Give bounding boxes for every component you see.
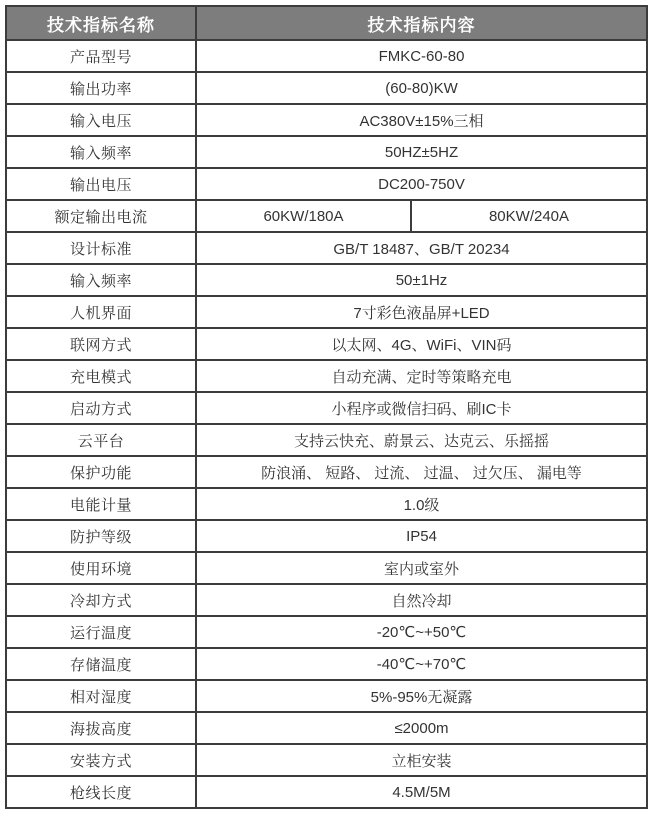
spec-value: IP54 (196, 520, 647, 552)
spec-label: 枪线长度 (6, 776, 196, 808)
spec-label: 充电模式 (6, 360, 196, 392)
spec-value: 小程序或微信扫码、刷IC卡 (196, 392, 647, 424)
spec-sheet: 技术指标名称 技术指标内容 产品型号FMKC-60-80输出功率(60-80)K… (0, 0, 650, 813)
spec-value: 支持云快充、蔚景云、达克云、乐摇摇 (196, 424, 647, 456)
spec-value-split: 80KW/240A (411, 200, 647, 232)
spec-value: 防浪涌、 短路、 过流、 过温、 过欠压、 漏电等 (196, 456, 647, 488)
page: { "colors": { "header_bg": "#7d7d7d", "h… (0, 0, 650, 819)
spec-label: 输入频率 (6, 136, 196, 168)
header-row: 技术指标名称 技术指标内容 (6, 6, 647, 40)
spec-label: 冷却方式 (6, 584, 196, 616)
spec-value: DC200-750V (196, 168, 647, 200)
spec-label: 安装方式 (6, 744, 196, 776)
spec-label: 输出功率 (6, 72, 196, 104)
spec-value: -20℃~+50℃ (196, 616, 647, 648)
table-row: 输入频率50HZ±5HZ (6, 136, 647, 168)
spec-table-body: 产品型号FMKC-60-80输出功率(60-80)KW输入电压AC380V±15… (6, 40, 647, 808)
spec-value: 1.0级 (196, 488, 647, 520)
spec-label: 运行温度 (6, 616, 196, 648)
table-row: 充电模式自动充满、定时等策略充电 (6, 360, 647, 392)
table-row: 产品型号FMKC-60-80 (6, 40, 647, 72)
header-content-col: 技术指标内容 (196, 6, 647, 40)
spec-table-header: 技术指标名称 技术指标内容 (6, 6, 647, 40)
spec-value: AC380V±15%三相 (196, 104, 647, 136)
spec-label: 联网方式 (6, 328, 196, 360)
spec-label: 输入电压 (6, 104, 196, 136)
table-row: 联网方式以太网、4G、WiFi、VIN码 (6, 328, 647, 360)
spec-value: ≤2000m (196, 712, 647, 744)
table-row: 云平台支持云快充、蔚景云、达克云、乐摇摇 (6, 424, 647, 456)
table-row: 相对湿度5%-95%无凝露 (6, 680, 647, 712)
table-row: 存储温度-40℃~+70℃ (6, 648, 647, 680)
table-row: 保护功能防浪涌、 短路、 过流、 过温、 过欠压、 漏电等 (6, 456, 647, 488)
spec-value: 5%-95%无凝露 (196, 680, 647, 712)
table-row: 冷却方式自然冷却 (6, 584, 647, 616)
spec-label: 人机界面 (6, 296, 196, 328)
spec-label: 防护等级 (6, 520, 196, 552)
table-row: 海拔高度≤2000m (6, 712, 647, 744)
spec-value: 自动充满、定时等策略充电 (196, 360, 647, 392)
table-row: 安装方式立柜安装 (6, 744, 647, 776)
table-row: 输入频率50±1Hz (6, 264, 647, 296)
spec-label: 额定输出电流 (6, 200, 196, 232)
spec-label: 保护功能 (6, 456, 196, 488)
table-row: 设计标准GB/T 18487、GB/T 20234 (6, 232, 647, 264)
spec-value: 50±1Hz (196, 264, 647, 296)
spec-label: 使用环境 (6, 552, 196, 584)
spec-label: 电能计量 (6, 488, 196, 520)
spec-value: 50HZ±5HZ (196, 136, 647, 168)
table-row: 输入电压AC380V±15%三相 (6, 104, 647, 136)
spec-value: -40℃~+70℃ (196, 648, 647, 680)
table-row: 电能计量1.0级 (6, 488, 647, 520)
table-row: 枪线长度4.5M/5M (6, 776, 647, 808)
spec-label: 海拔高度 (6, 712, 196, 744)
spec-table: 技术指标名称 技术指标内容 产品型号FMKC-60-80输出功率(60-80)K… (5, 5, 648, 809)
spec-value: 以太网、4G、WiFi、VIN码 (196, 328, 647, 360)
spec-value: 7寸彩色液晶屏+LED (196, 296, 647, 328)
spec-value: 室内或室外 (196, 552, 647, 584)
spec-label: 输入频率 (6, 264, 196, 296)
spec-label: 产品型号 (6, 40, 196, 72)
spec-value: (60-80)KW (196, 72, 647, 104)
table-row: 使用环境室内或室外 (6, 552, 647, 584)
header-name-col: 技术指标名称 (6, 6, 196, 40)
spec-value: GB/T 18487、GB/T 20234 (196, 232, 647, 264)
spec-label: 启动方式 (6, 392, 196, 424)
spec-value-split: 60KW/180A (196, 200, 411, 232)
spec-label: 输出电压 (6, 168, 196, 200)
spec-value: 4.5M/5M (196, 776, 647, 808)
table-row: 输出电压DC200-750V (6, 168, 647, 200)
table-row: 启动方式小程序或微信扫码、刷IC卡 (6, 392, 647, 424)
spec-label: 相对湿度 (6, 680, 196, 712)
spec-value: FMKC-60-80 (196, 40, 647, 72)
table-row: 防护等级IP54 (6, 520, 647, 552)
spec-value: 自然冷却 (196, 584, 647, 616)
spec-value: 立柜安装 (196, 744, 647, 776)
table-row: 人机界面7寸彩色液晶屏+LED (6, 296, 647, 328)
spec-label: 存储温度 (6, 648, 196, 680)
spec-label: 云平台 (6, 424, 196, 456)
table-row: 运行温度-20℃~+50℃ (6, 616, 647, 648)
table-row: 输出功率(60-80)KW (6, 72, 647, 104)
spec-label: 设计标准 (6, 232, 196, 264)
table-row: 额定输出电流60KW/180A80KW/240A (6, 200, 647, 232)
